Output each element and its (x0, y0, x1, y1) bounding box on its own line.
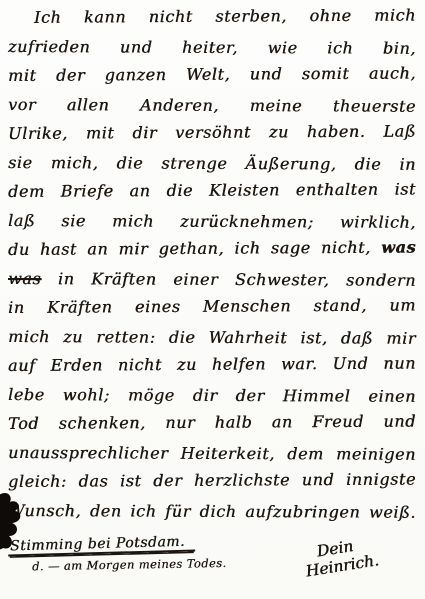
place-line: Stimming bei Potsdam. (8, 534, 195, 557)
letter-line: du hast an mir gethan, ich sage nicht, w… (8, 233, 416, 264)
letter-line: mit der ganzen Welt, und somit auch, (8, 59, 416, 90)
signature-name: Heinrich. (304, 551, 380, 580)
letter-line: Wunsch, den ich für dich aufzubringen we… (8, 496, 416, 527)
letter-line: dem Briefe an die Kleisten enthalten ist (8, 175, 416, 206)
letter-page: Ich kann nicht sterben, ohne mich zufrie… (0, 0, 425, 599)
letter-line-text: in Kräften einer Schwester, sondern (58, 269, 416, 290)
letter-line: Tod schenken, nur halb an Freud und (8, 407, 416, 438)
inserted-word: was (381, 238, 416, 257)
crossed-out-word: was (8, 269, 41, 288)
letter-line: Ich kann nicht sterben, ohne mich (8, 1, 416, 32)
closing-block: Stimming bei Potsdam. d. — am Morgen mei… (8, 533, 415, 593)
ink-blot (0, 491, 26, 553)
letter-body: Ich kann nicht sterben, ohne mich zufrie… (8, 3, 416, 525)
letter-line: auf Erden nicht zu helfen war. Und nun (8, 349, 416, 380)
letter-line: in Kräften eines Menschen stand, um (8, 291, 416, 322)
letter-line: Ulrike, mit dir versöhnt zu haben. Laß (8, 117, 416, 148)
letter-line-text: du hast an mir gethan, ich sage nicht, (8, 238, 371, 259)
letter-line: gleich: das ist der herzlichste und inni… (8, 465, 416, 496)
